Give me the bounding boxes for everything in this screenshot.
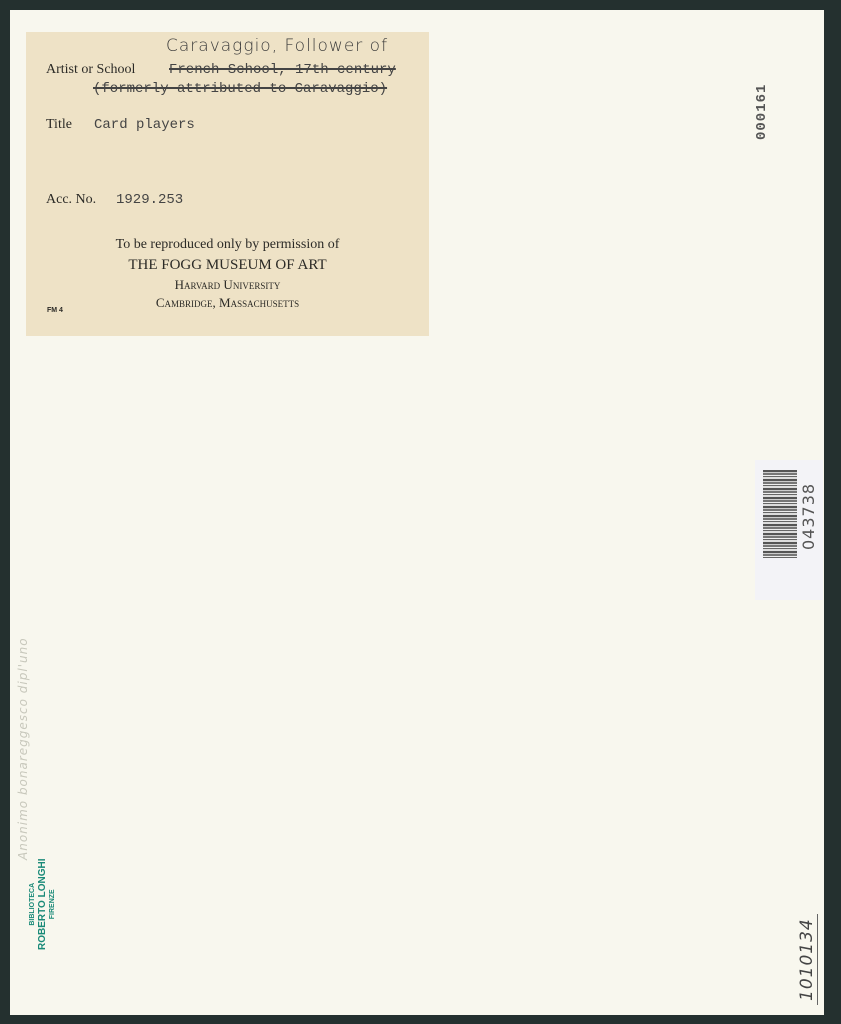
- library-stamp-line3: FIRENZE: [48, 859, 58, 950]
- permission-line: To be reproduced only by permission of: [26, 237, 429, 253]
- barcode-icon: [763, 470, 797, 558]
- title-value: Card players: [94, 117, 195, 133]
- form-code: FM 4: [47, 307, 63, 314]
- artist-handwritten: Caravaggio, Follower of: [166, 36, 388, 56]
- acc-label: Acc. No.: [46, 192, 96, 208]
- inventory-number: 1010134: [797, 914, 818, 1005]
- title-label: Title: [46, 117, 72, 133]
- library-stamp: BIBLIOTECA ROBERTO LONGHI FIRENZE: [28, 859, 58, 950]
- museum-label: Caravaggio, Follower of Artist or School…: [26, 32, 429, 336]
- pencil-note: Anonimo bonareggesco dipl'uno: [16, 637, 30, 860]
- university-name: Harvard University: [26, 277, 429, 293]
- artist-label: Artist or School: [46, 62, 135, 78]
- barcode-sticker: 043738: [755, 460, 823, 600]
- museum-name: THE FOGG MUSEUM OF ART: [26, 257, 429, 274]
- artist-struck-line2: (formerly attributed to Caravaggio): [93, 81, 387, 97]
- library-stamp-line2: ROBERTO LONGHI: [38, 859, 48, 950]
- artist-struck-line1: French School, 17th century: [169, 62, 396, 78]
- acc-value: 1929.253: [116, 192, 183, 208]
- barcode-number: 043738: [799, 483, 818, 550]
- city-name: Cambridge, Massachusetts: [26, 295, 429, 311]
- stamp-number: 000161: [754, 84, 770, 140]
